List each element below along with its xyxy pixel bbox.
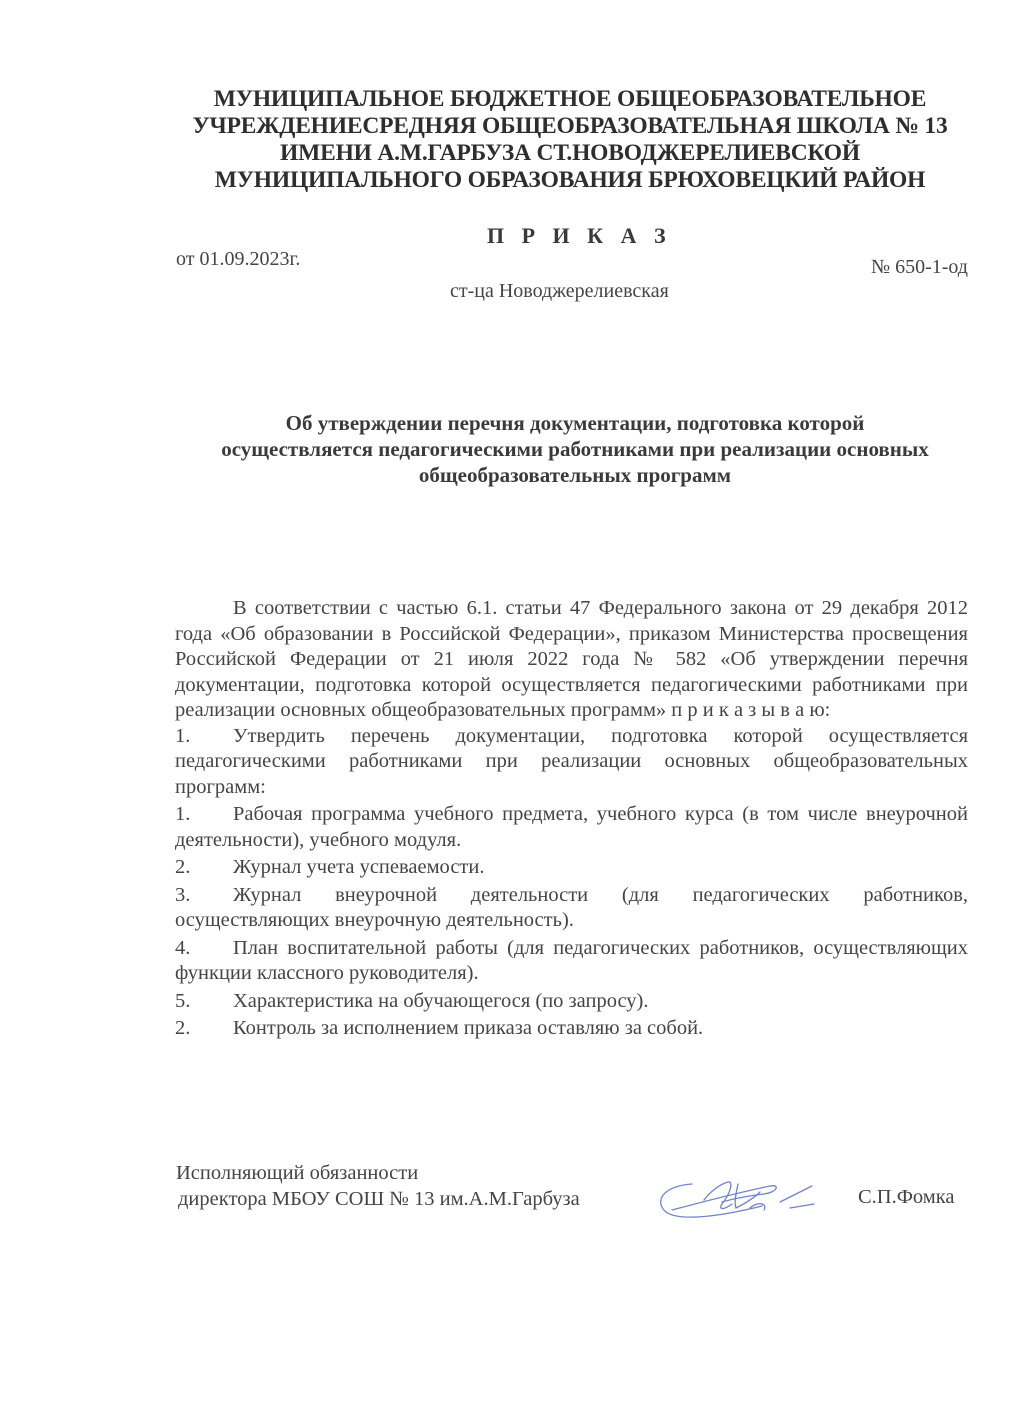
document-list-item: 3.Журнал внеурочной деятельности (для пе… — [175, 883, 968, 934]
signatory-title-line: директора МБОУ СОШ № 13 им.А.М.Гарбуза — [176, 1186, 580, 1212]
org-line: ИМЕНИ А.М.ГАРБУЗА СТ.НОВОДЖЕРЕЛИЕВСКОЙ — [170, 140, 970, 167]
document-date: от 01.09.2023г. — [176, 248, 300, 271]
item-text: Утвердить перечень документации, подгото… — [175, 725, 968, 798]
org-line: МУНИЦИПАЛЬНОГО ОБРАЗОВАНИЯ БРЮХОВЕЦКИЙ Р… — [170, 167, 970, 194]
item-number: 1. — [175, 724, 233, 750]
item-number: 2. — [175, 1016, 233, 1042]
document-subject: Об утверждении перечня документации, под… — [170, 410, 980, 488]
document-page: МУНИЦИПАЛЬНОЕ БЮДЖЕТНОЕ ОБЩЕОБРАЗОВАТЕЛЬ… — [0, 0, 1024, 1408]
signatory-name: С.П.Фомка — [858, 1186, 955, 1209]
item-text: Журнал внеурочной деятельности (для педа… — [175, 884, 968, 932]
item-text: Характеристика на обучающегося (по запро… — [233, 990, 649, 1012]
item-number: 2. — [175, 855, 233, 881]
item-text: Контроль за исполнением приказа оставляю… — [233, 1017, 703, 1039]
order-item: 2.Контроль за исполнением приказа оставл… — [175, 1016, 968, 1042]
subject-line: осуществляется педагогическими работника… — [170, 436, 980, 462]
item-text: Журнал учета успеваемости. — [233, 856, 484, 878]
item-number: 3. — [175, 883, 233, 909]
document-number: № 650-1-од — [871, 256, 968, 279]
document-type: П Р И К А З — [487, 223, 672, 249]
handwritten-signature-icon — [652, 1172, 827, 1232]
org-line: МУНИЦИПАЛЬНОЕ БЮДЖЕТНОЕ ОБЩЕОБРАЗОВАТЕЛЬ… — [170, 86, 970, 113]
preamble-paragraph: В соответствии с частью 6.1. статьи 47 Ф… — [175, 596, 968, 724]
document-list-item: 2.Журнал учета успеваемости. — [175, 855, 968, 881]
item-number: 4. — [175, 936, 233, 962]
organization-header: МУНИЦИПАЛЬНОЕ БЮДЖЕТНОЕ ОБЩЕОБРАЗОВАТЕЛЬ… — [170, 86, 970, 194]
signatory-title-line: Исполняющий обязанности — [176, 1160, 580, 1186]
document-place: ст-ца Новоджерелиевская — [450, 280, 669, 303]
item-number: 5. — [175, 989, 233, 1015]
subject-line: общеобразовательных программ — [170, 462, 980, 488]
document-list-item: 5.Характеристика на обучающегося (по зап… — [175, 989, 968, 1015]
document-body: В соответствии с частью 6.1. статьи 47 Ф… — [175, 596, 968, 1042]
item-text: Рабочая программа учебного предмета, уче… — [175, 803, 968, 851]
document-list-item: 4.План воспитательной работы (для педаго… — [175, 936, 968, 987]
item-number: 1. — [175, 802, 233, 828]
order-item: 1.Утвердить перечень документации, подго… — [175, 724, 968, 801]
signatory-title: Исполняющий обязанности директора МБОУ С… — [176, 1160, 580, 1212]
item-text: План воспитательной работы (для педагоги… — [175, 937, 968, 985]
org-line: УЧРЕЖДЕНИЕСРЕДНЯЯ ОБЩЕОБРАЗОВАТЕЛЬНАЯ ШК… — [170, 113, 970, 140]
subject-line: Об утверждении перечня документации, под… — [170, 410, 980, 436]
document-list-item: 1.Рабочая программа учебного предмета, у… — [175, 802, 968, 853]
